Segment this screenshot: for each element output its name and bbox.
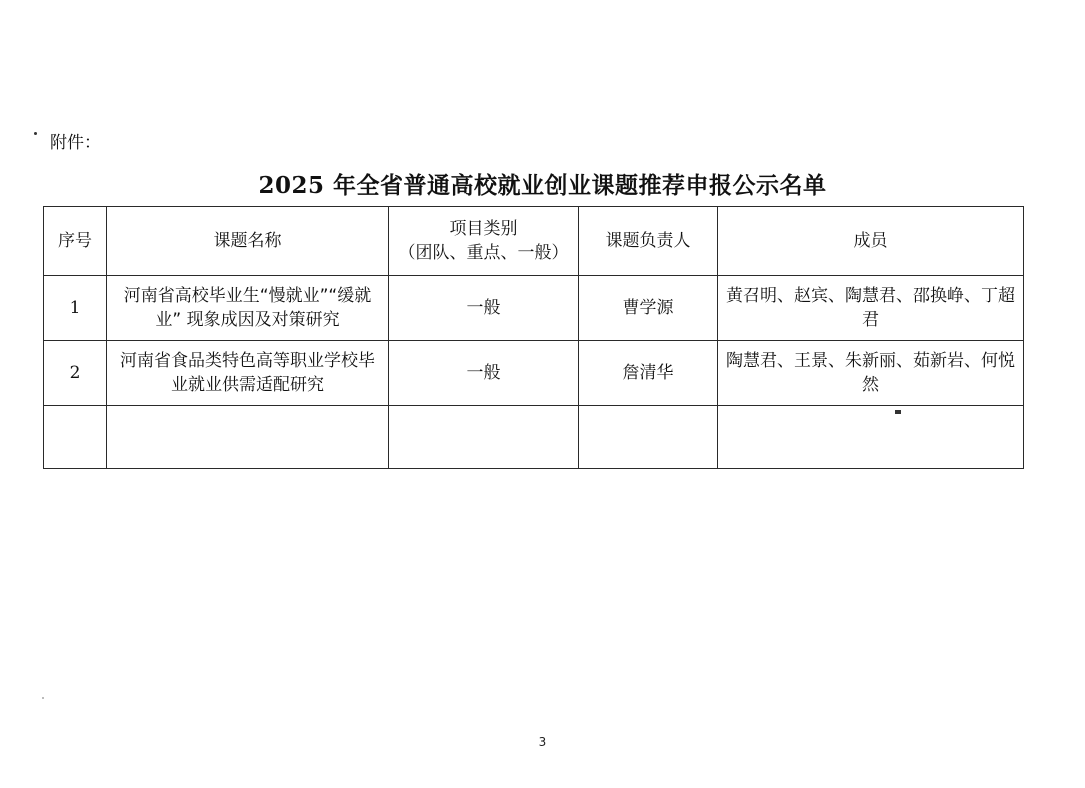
- page-number: 3: [0, 735, 1085, 749]
- cell-topic: 河南省食品类特色高等职业学校毕业就业供需适配研究: [107, 341, 389, 406]
- cell-category: [389, 406, 579, 469]
- cell-category: 一般: [389, 276, 579, 341]
- cell-members: [718, 406, 1024, 469]
- cell-leader: 曹学源: [579, 276, 718, 341]
- table-row: 1 河南省高校毕业生“慢就业”“缓就业” 现象成因及对策研究 一般 曹学源 黄召…: [44, 276, 1024, 341]
- document-title: 2025 年全省普通高校就业创业课题推荐申报公示名单: [0, 167, 1085, 200]
- header-seq: 序号: [44, 207, 107, 276]
- cell-seq: 2: [44, 341, 107, 406]
- header-category: 项目类别 （团队、重点、一般）: [389, 207, 579, 276]
- cell-members: 陶慧君、王景、朱新丽、茹新岩、何悦然: [718, 341, 1024, 406]
- cell-topic: [107, 406, 389, 469]
- cell-members: 黄召明、赵宾、陶慧君、邵换峥、丁超君: [718, 276, 1024, 341]
- cell-seq: 1: [44, 276, 107, 341]
- header-members: 成员: [718, 207, 1024, 276]
- attachment-label: 附件：: [50, 128, 101, 153]
- recommendation-table: 序号 课题名称 项目类别 （团队、重点、一般） 课题负责人 成员 1 河南省高校…: [43, 206, 1024, 469]
- scan-speck: [34, 132, 37, 135]
- table-row: 2 河南省食品类特色高等职业学校毕业就业供需适配研究 一般 詹清华 陶慧君、王景…: [44, 341, 1024, 406]
- header-leader: 课题负责人: [579, 207, 718, 276]
- table-header-row: 序号 课题名称 项目类别 （团队、重点、一般） 课题负责人 成员: [44, 207, 1024, 276]
- cell-leader: 詹清华: [579, 341, 718, 406]
- cell-leader: [579, 406, 718, 469]
- table-row-empty: [44, 406, 1024, 469]
- header-topic: 课题名称: [107, 207, 389, 276]
- cell-seq: [44, 406, 107, 469]
- scan-speck: [42, 697, 44, 699]
- header-category-line2: （团队、重点、一般）: [395, 241, 572, 265]
- cell-category: 一般: [389, 341, 579, 406]
- cell-topic: 河南省高校毕业生“慢就业”“缓就业” 现象成因及对策研究: [107, 276, 389, 341]
- header-category-line1: 项目类别: [395, 217, 572, 241]
- scan-mark: [895, 410, 901, 414]
